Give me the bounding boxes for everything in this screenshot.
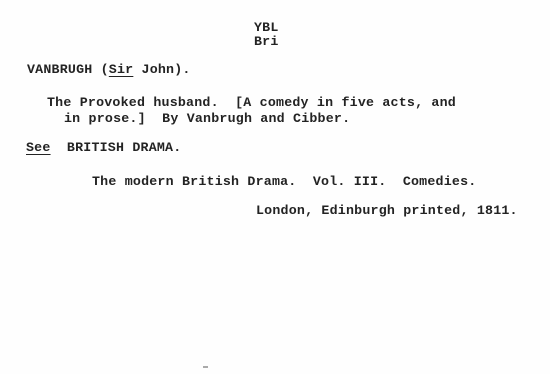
classmark-line-1: YBL — [254, 20, 279, 35]
author-heading-suffix: John). — [133, 62, 190, 77]
author-heading-underlined-honorific: Sir — [109, 62, 134, 77]
see-reference-target: BRITISH DRAMA. — [51, 140, 182, 155]
scan-speck-artifact — [203, 366, 208, 368]
imprint-statement: London, Edinburgh printed, 1811. — [256, 203, 518, 218]
title-statement-line-1: The Provoked husband. [A comedy in five … — [47, 95, 456, 110]
title-statement-line-2: in prose.] By Vanbrugh and Cibber. — [64, 111, 350, 126]
classmark-line-2: Bri — [254, 34, 279, 49]
see-reference-underlined: See — [26, 140, 51, 155]
see-reference: See BRITISH DRAMA. — [26, 140, 181, 155]
author-heading: VANBRUGH (Sir John). — [27, 62, 191, 77]
series-statement: The modern British Drama. Vol. III. Come… — [92, 174, 476, 189]
author-heading-prefix: VANBRUGH ( — [27, 62, 109, 77]
catalog-card-scan: YBL Bri VANBRUGH (Sir John). The Provoke… — [0, 0, 550, 374]
